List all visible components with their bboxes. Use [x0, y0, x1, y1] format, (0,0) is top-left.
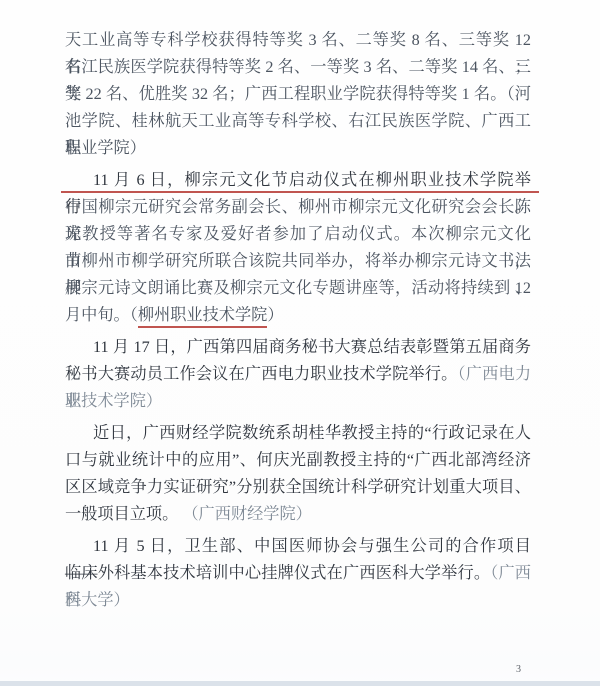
text-segment: 近日，广西财经学院数统系胡桂华教授主持的“行政记录在人	[93, 424, 531, 442]
text-segment: ）	[267, 306, 283, 324]
page-bottom-edge	[0, 681, 600, 686]
text-line: 近日，广西财经学院数统系胡桂华教授主持的“行政记录在人	[65, 420, 531, 447]
text-line: 奖 22 名、优胜奖 32 名；广西工程职业学院获得特等奖 1 名。（河	[65, 81, 531, 108]
text-line-red-underlined: 11 月 6 日，柳宗元文化节启动仪式在柳州职业技术学院举行。	[65, 167, 531, 194]
text-line: 天工业高等专科学校获得特等奖 3 名、二等奖 8 名、三等奖 12 名；	[65, 27, 531, 54]
text-line: 中国柳宗元研究会常务副会长、柳州市柳宗元文化研究会会长陈琼	[65, 194, 531, 221]
red-underlined-text: 柳州职业技术学院	[138, 306, 268, 328]
text-segment: 11 月 17 日，广西第四届商务秘书大赛总结表彰暨第五届商务	[93, 338, 531, 356]
text-segment: 临床外科基本技术培训中心挂牌仪式在广西医科大学举行。	[65, 564, 490, 582]
text-line: 业技术学院）	[65, 388, 531, 415]
text-line: 职业学院）	[65, 135, 531, 162]
text-line: 光教授等著名专家及爱好者参加了启动仪式。本次柳宗元文化节，	[65, 221, 531, 248]
text-line: 池学院、桂林航天工业高等专科学校、右江民族医学院、广西工程	[65, 108, 531, 135]
text-line: 临床外科基本技术培训中心挂牌仪式在广西医科大学举行。（广西医	[65, 560, 531, 587]
document-text: 天工业高等专科学校获得特等奖 3 名、二等奖 8 名、三等奖 12 名；右江民族…	[65, 27, 531, 614]
text-segment: 秘书大赛动员工作会议在广西电力职业技术学院举行。	[65, 365, 458, 383]
text-line: 11 月 5 日，卫生部、中国医师协会与强生公司的合作项目——	[65, 533, 531, 560]
text-line: 月中旬。（柳州职业技术学院）	[65, 302, 531, 329]
scanned-page: 天工业高等专科学校获得特等奖 3 名、二等奖 8 名、三等奖 12 名；右江民族…	[0, 0, 600, 686]
text-line: 秘书大赛动员工作会议在广西电力职业技术学院举行。（广西电力职	[65, 361, 531, 388]
text-segment: 柳宗元诗文朗诵比赛及柳宗元文化专题讲座等，活动将持续到 12	[65, 279, 531, 297]
text-line: 11 月 17 日，广西第四届商务秘书大赛总结表彰暨第五届商务	[65, 334, 531, 361]
text-segment: 科大学）	[65, 591, 130, 609]
text-line: 柳宗元诗文朗诵比赛及柳宗元文化专题讲座等，活动将持续到 12	[65, 275, 531, 302]
text-segment: （广西财经学院）	[182, 505, 312, 523]
text-segment: 职业学院）	[65, 139, 146, 157]
text-line: 科大学）	[65, 587, 531, 614]
text-line: 区区域竞争力实证研究”分别获全国统计科学研究计划重大项目、	[65, 474, 531, 501]
text-segment: 业技术学院）	[65, 392, 162, 410]
text-segment: 区区域竞争力实证研究”分别获全国统计科学研究计划重大项目、	[65, 478, 531, 496]
paragraph: 近日，广西财经学院数统系胡桂华教授主持的“行政记录在人口与就业统计中的应用”、何…	[65, 420, 531, 528]
text-segment: 一般项目立项。	[65, 505, 182, 523]
paragraph: 11 月 17 日，广西第四届商务秘书大赛总结表彰暨第五届商务秘书大赛动员工作会…	[65, 334, 531, 415]
text-segment: 奖 22 名、优胜奖 32 名；广西工程职业学院获得特等奖 1 名。（河	[65, 85, 531, 103]
text-segment: 月中旬。（	[65, 306, 138, 324]
page-number: 3	[516, 664, 521, 675]
text-line: 由柳州市柳学研究所联合该院共同举办，将举办柳宗元诗文书法展、	[65, 248, 531, 275]
text-line: 一般项目立项。 （广西财经学院）	[65, 501, 531, 528]
text-segment: 口与就业统计中的应用”、何庆光副教授主持的“广西北部湾经济	[65, 451, 531, 469]
text-line: 右江民族医学院获得特等奖 2 名、一等奖 3 名、二等奖 14 名、三等	[65, 54, 531, 81]
text-line: 口与就业统计中的应用”、何庆光副教授主持的“广西北部湾经济	[65, 447, 531, 474]
paragraph: 11 月 5 日，卫生部、中国医师协会与强生公司的合作项目——临床外科基本技术培…	[65, 533, 531, 614]
paragraph: 天工业高等专科学校获得特等奖 3 名、二等奖 8 名、三等奖 12 名；右江民族…	[65, 27, 531, 162]
paragraph: 11 月 6 日，柳宗元文化节启动仪式在柳州职业技术学院举行。中国柳宗元研究会常…	[65, 167, 531, 329]
